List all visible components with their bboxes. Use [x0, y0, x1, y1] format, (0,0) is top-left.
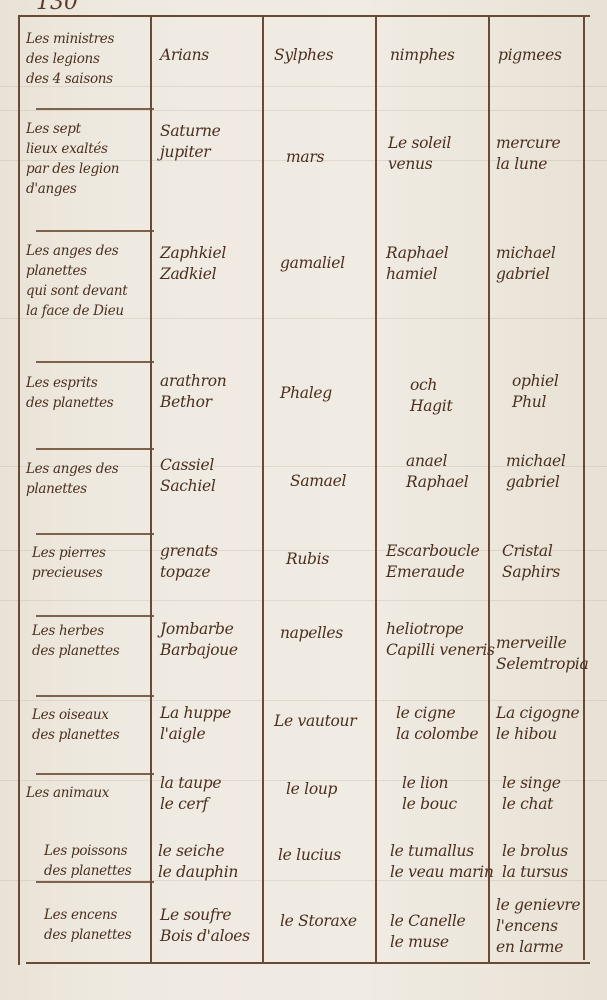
- table-cell: Rubis: [286, 549, 329, 570]
- correspondence-table: Les ministresdes legionsdes 4 saisons Ar…: [18, 15, 590, 975]
- table-cell: pigmees: [498, 45, 562, 66]
- table-top-rule: [18, 15, 590, 17]
- page-number: 130: [36, 0, 78, 15]
- table-cell: ochHagit: [410, 375, 452, 417]
- table-cell: le genievrel'encensen larme: [496, 895, 580, 958]
- table-cell: grenatstopaze: [160, 541, 218, 583]
- table-cell: Sylphes: [274, 45, 333, 66]
- table-cell: mars: [286, 147, 324, 168]
- row-label: Les herbesdes planettes: [32, 621, 119, 661]
- table-cell: Saturnejupiter: [160, 121, 221, 163]
- row-label: Les ministresdes legionsdes 4 saisons: [26, 29, 114, 89]
- table-cell: la taupele cerf: [160, 773, 221, 815]
- row-label: Les pierresprecieuses: [32, 543, 106, 583]
- table-cell: CassielSachiel: [160, 455, 216, 497]
- table-cell: La huppel'aigle: [160, 703, 231, 745]
- table-cell: le tumallusle veau marin: [390, 841, 494, 883]
- column-rule: [375, 15, 377, 962]
- row-label: Les anges desplanettesqui sont devantla …: [26, 241, 127, 321]
- table-cell: ophielPhul: [512, 371, 559, 413]
- table-cell: le loup: [286, 779, 337, 800]
- row-label: Les poissonsdes planettes: [44, 841, 131, 881]
- table-cell: Le vautour: [274, 711, 356, 732]
- table-cell: Phaleg: [280, 383, 332, 404]
- table-cell: Arians: [160, 45, 209, 66]
- table-cell: le singele chat: [502, 773, 561, 815]
- table-cell: le seichele dauphin: [158, 841, 238, 883]
- table-cell: michaelgabriel: [496, 243, 556, 285]
- row-label: Les oiseauxdes planettes: [32, 705, 119, 745]
- table-cell: arathronBethor: [160, 371, 226, 413]
- table-cell: Samael: [290, 471, 346, 492]
- table-cell: La cigognele hibou: [496, 703, 579, 745]
- table-cell: le Canellele muse: [390, 911, 465, 953]
- column-rule: [583, 15, 585, 960]
- table-cell: le lionle bouc: [402, 773, 457, 815]
- table-cell: Le soufreBois d'aloes: [160, 905, 250, 947]
- column-rule: [488, 15, 490, 962]
- table-cell: napelles: [280, 623, 343, 644]
- row-label: Les encensdes planettes: [44, 905, 131, 945]
- table-cell: le Storaxe: [280, 911, 357, 932]
- table-cell: nimphes: [390, 45, 455, 66]
- table-cell: le brolusla tursus: [502, 841, 568, 883]
- row-label: Les septlieux exaltéspar des legiond'ang…: [26, 119, 119, 199]
- column-rule: [150, 15, 152, 962]
- row-label: Les animaux: [26, 783, 109, 803]
- table-cell: gamaliel: [280, 253, 345, 274]
- table-cell: heliotropeCapilli veneris: [386, 619, 495, 661]
- table-cell: merveilleSelemtropia: [496, 633, 588, 675]
- table-cell: EscarboucleEmeraude: [386, 541, 479, 583]
- column-rule: [18, 15, 20, 965]
- table-cell: le cignela colombe: [396, 703, 478, 745]
- table-cell: CristalSaphirs: [502, 541, 560, 583]
- table-cell: anaelRaphael: [406, 451, 468, 493]
- table-cell: JombarbeBarbajoue: [160, 619, 238, 661]
- row-label: Les anges desplanettes: [26, 459, 118, 499]
- table-cell: Raphaelhamiel: [386, 243, 448, 285]
- table-cell: mercurela lune: [496, 133, 560, 175]
- table-cell: Le soleilvenus: [388, 133, 451, 175]
- table-cell: le lucius: [278, 845, 341, 866]
- column-rule: [262, 15, 264, 962]
- table-bottom-rule: [26, 962, 590, 964]
- row-label: Les espritsdes planettes: [26, 373, 113, 413]
- manuscript-page: 130 Les ministresdes legionsde: [0, 0, 607, 1000]
- table-cell: michaelgabriel: [506, 451, 566, 493]
- table-cell: ZaphkielZadkiel: [160, 243, 226, 285]
